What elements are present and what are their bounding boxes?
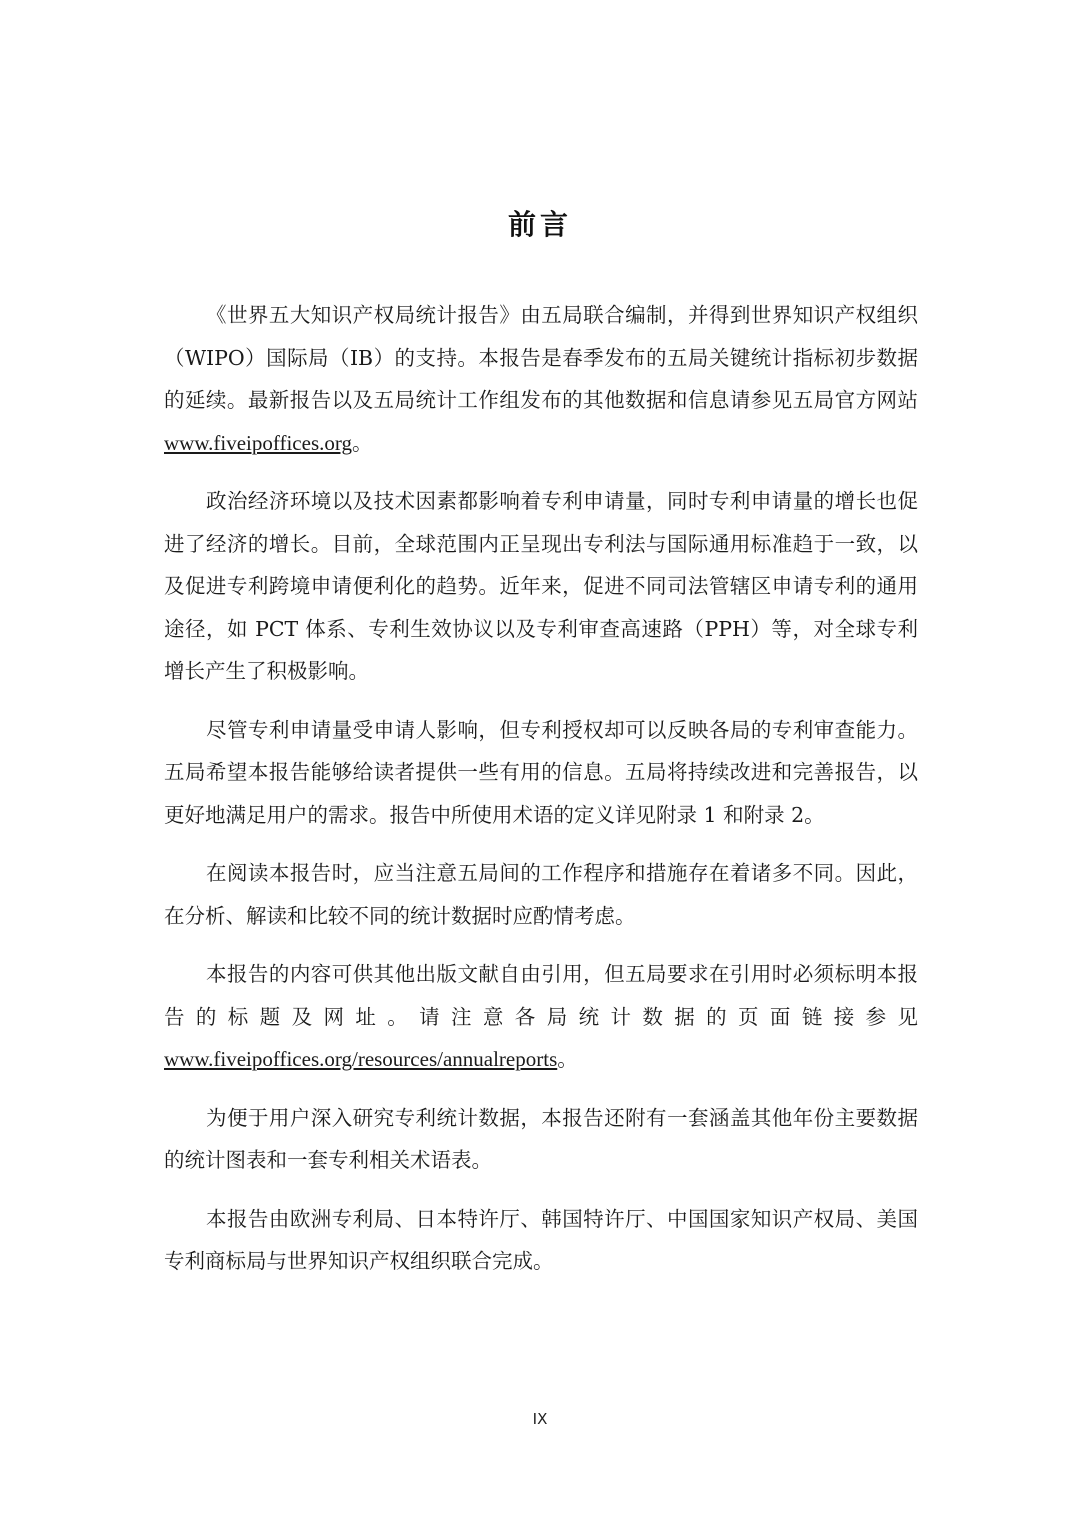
document-page: 前言 《世界五大知识产权局统计报告》由五局联合编制，并得到世界知识产权组织（WI… — [0, 0, 1080, 1528]
paragraph-text-end: 。 — [352, 431, 373, 455]
paragraph-reading-note: 在阅读本报告时，应当注意五局间的工作程序和措施存在着诸多不同。因此，在分析、解读… — [164, 852, 918, 937]
paragraph-citation: 本报告的内容可供其他出版文献自由引用，但五局要求在引用时必须标明本报告的标题及网… — [164, 953, 918, 1081]
paragraph-text: 《世界五大知识产权局统计报告》由五局联合编制，并得到世界知识产权组织（WIPO）… — [164, 303, 918, 412]
paragraph-authors: 本报告由欧洲专利局、日本特许厅、韩国特许厅、中国国家知识产权局、美国专利商标局与… — [164, 1198, 918, 1283]
paragraph-grants: 尽管专利申请量受申请人影响，但专利授权却可以反映各局的专利审查能力。五局希望本报… — [164, 709, 918, 837]
annual-reports-link[interactable]: www.fiveipoffices.org/resources/annualre… — [164, 1038, 557, 1081]
paragraph-text: 本报告的内容可供其他出版文献自由引用，但五局要求在引用时必须标明本报告的标题及网… — [164, 962, 918, 1029]
page-title: 前言 — [0, 203, 1080, 247]
fiveipoffices-link[interactable]: www.fiveipoffices.org — [164, 431, 352, 455]
paragraph-intro: 《世界五大知识产权局统计报告》由五局联合编制，并得到世界知识产权组织（WIPO）… — [164, 294, 918, 464]
document-body: 《世界五大知识产权局统计报告》由五局联合编制，并得到世界知识产权组织（WIPO）… — [164, 294, 918, 1299]
paragraph-appendix: 为便于用户深入研究专利统计数据，本报告还附有一套涵盖其他年份主要数据的统计图表和… — [164, 1097, 918, 1182]
paragraph-text-end: 。 — [557, 1047, 578, 1071]
paragraph-environment: 政治经济环境以及技术因素都影响着专利申请量，同时专利申请量的增长也促进了经济的增… — [164, 480, 918, 693]
page-number: IX — [0, 1410, 1080, 1428]
